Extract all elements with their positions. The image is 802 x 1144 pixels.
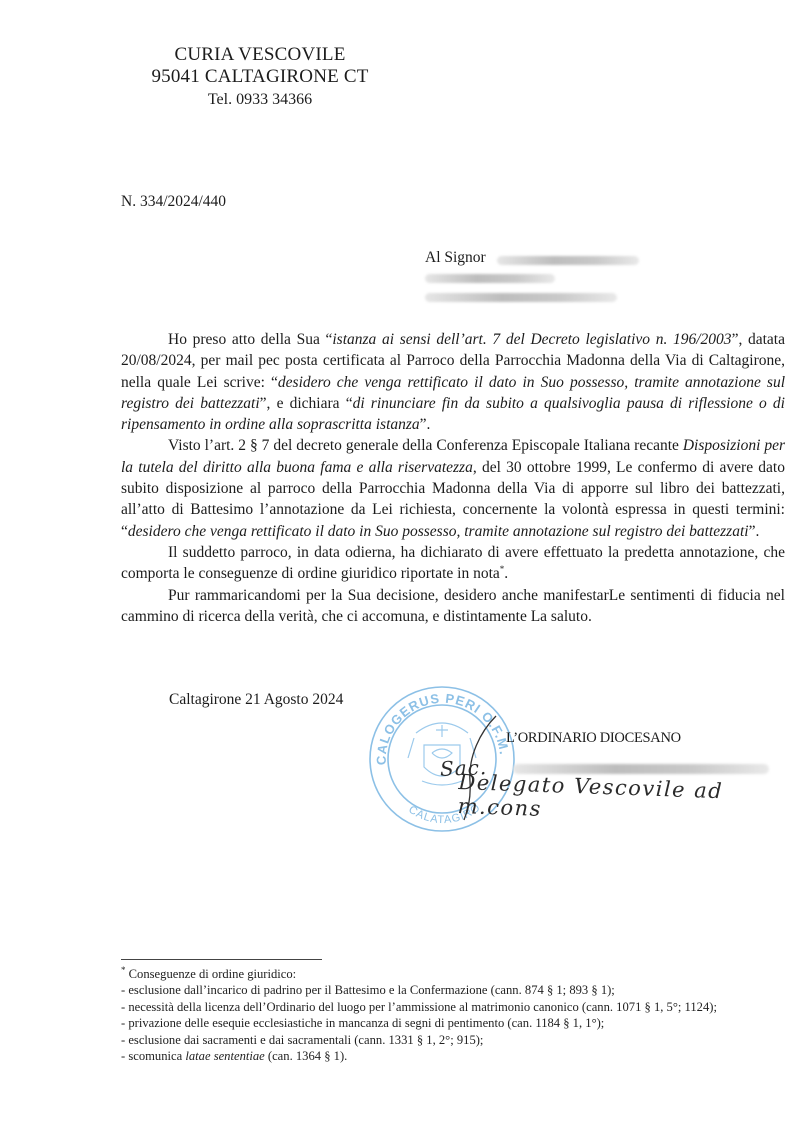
protocol-number: N. 334/2024/440 (121, 193, 226, 211)
place-date: Caltagirone 21 Agosto 2024 (169, 691, 343, 709)
text: (can. 1364 § 1). (265, 1049, 348, 1063)
footnote-title: * Conseguenze di ordine giuridico: (121, 966, 801, 982)
letterhead-title: CURIA VESCOVILE (110, 44, 410, 66)
signatory-title: L’ORDINARIO DIOCESANO (506, 730, 681, 747)
redacted-address-line (425, 293, 617, 302)
footnote-divider (121, 959, 322, 960)
text: ”. (420, 416, 431, 433)
text: ”. (749, 523, 760, 540)
paragraph-2: Visto l’art. 2 § 7 del decreto generale … (121, 435, 785, 541)
footnotes: * Conseguenze di ordine giuridico: - esc… (121, 966, 801, 1064)
text: - scomunica (121, 1049, 185, 1063)
addressee-label: Al Signor (425, 249, 486, 267)
letterhead-phone: Tel. 0933 34366 (110, 89, 410, 111)
text: Il suddetto parroco, in data odierna, ha… (121, 544, 785, 582)
quote-request: desidero che venga rettificato il dato i… (128, 523, 749, 540)
footnote-item: - privazione delle esequie ecclesiastich… (121, 1015, 801, 1031)
text: . (504, 565, 508, 582)
redacted-address-line (425, 274, 555, 283)
text: Visto l’art. 2 § 7 del decreto generale … (168, 437, 683, 454)
quote-istanza: istanza ai sensi dell’art. 7 del Decreto… (332, 331, 731, 348)
latin-term: latae sententiae (185, 1049, 264, 1063)
footnote-item: - scomunica latae sententiae (can. 1364 … (121, 1048, 801, 1064)
text: Ho preso atto della Sua “ (168, 331, 332, 348)
paragraph-1: Ho preso atto della Sua “istanza ai sens… (121, 329, 785, 435)
footnote-item: - esclusione dai sacramenti e dai sacram… (121, 1032, 801, 1048)
footnote-item: - necessità della licenza dell’Ordinario… (121, 999, 801, 1015)
paragraph-4: Pur rammaricandomi per la Sua decisione,… (121, 585, 785, 628)
redacted-addressee-name (497, 256, 639, 265)
text: ”, e dichiara “ (260, 395, 353, 412)
letter-body: Ho preso atto della Sua “istanza ai sens… (121, 329, 785, 627)
paragraph-3: Il suddetto parroco, in data odierna, ha… (121, 542, 785, 585)
footnote-mark: * (121, 965, 126, 975)
footnote-title-text: Conseguenze di ordine giuridico: (129, 967, 297, 981)
letterhead-city: 95041 CALTAGIRONE CT (110, 66, 410, 88)
letterhead: CURIA VESCOVILE 95041 CALTAGIRONE CT Tel… (110, 44, 410, 111)
footnote-item: - esclusione dall’incarico di padrino pe… (121, 982, 801, 998)
